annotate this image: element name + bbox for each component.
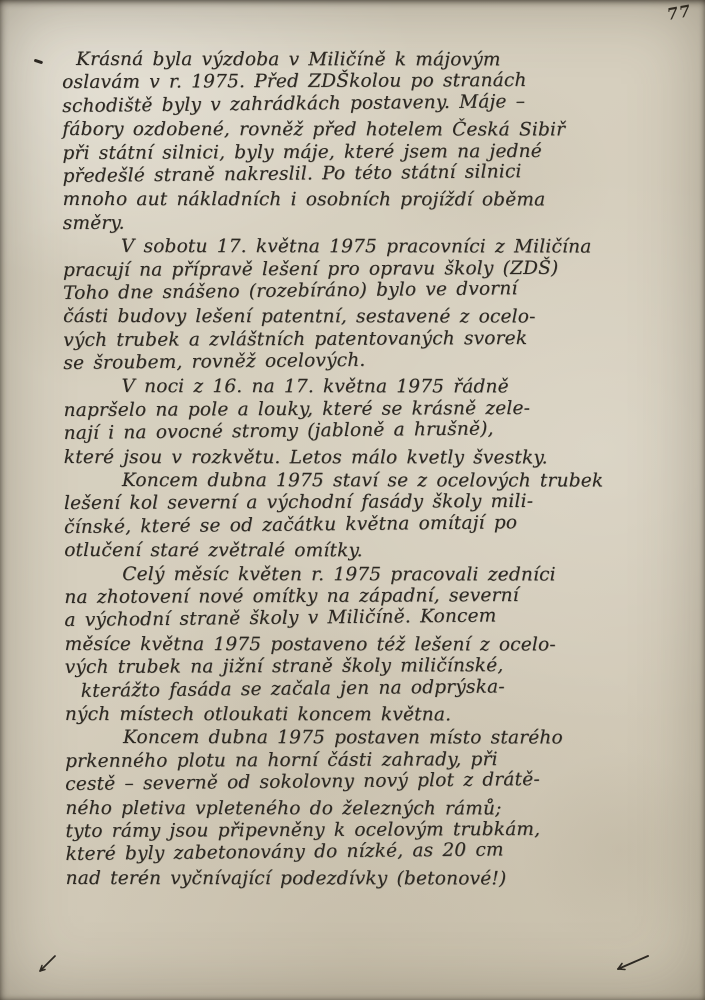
handwritten-line: cestě – severně od sokolovny nový plot z… <box>65 767 665 797</box>
handwritten-line: ného pletiva vpleteného do železných rám… <box>65 796 665 820</box>
paragraph-may-plastering: Celý měsíc květen r. 1975 pracovali zedn… <box>64 560 665 726</box>
handwritten-line: části budovy lešení patentní, sestavené … <box>63 305 663 329</box>
handwritten-line: Toho dne snášeno (rozebíráno) bylo ve dv… <box>63 276 663 306</box>
paragraph-may-decoration: Krásná byla výzdoba v Miličíně k májovým… <box>62 45 663 235</box>
ink-arrow-bottom-left-icon <box>32 952 60 978</box>
handwritten-line: Celý měsíc květen r. 1975 pracovali zedn… <box>64 563 664 587</box>
handwritten-line: měsíce května 1975 postaveno též lešení … <box>65 633 665 657</box>
paragraph-scaffolding-prep: V sobotu 17. května 1975 pracovníci z Mi… <box>63 233 664 376</box>
handwritten-line: Krásná byla výzdoba v Miličíně k májovým <box>62 48 662 72</box>
handwritten-line: Koncem dubna 1975 postaven místo starého <box>65 726 665 750</box>
handwritten-line: směry. <box>63 209 663 235</box>
ink-speck <box>34 59 43 64</box>
handwritten-line: V noci z 16. na 17. května 1975 řádně <box>63 375 663 399</box>
handwritten-line: předešlé straně nakreslil. Po této státn… <box>62 159 662 189</box>
handwritten-line: otlučení staré zvětralé omítky. <box>64 539 664 563</box>
handwritten-line: které jsou v rozkvětu. Letos málo kvetly… <box>64 446 664 470</box>
ink-arrow-bottom-right-icon <box>608 950 652 974</box>
handwritten-text-block: Krásná byla výzdoba v Miličíně k májovým… <box>62 45 666 890</box>
paragraph-april-scaffolding: Koncem dubna 1975 staví se z ocelových t… <box>64 466 664 562</box>
handwritten-line: se šroubem, rovněž ocelových. <box>63 346 663 376</box>
handwritten-line: nají i na ovocné stromy (jabloně a hrušn… <box>64 416 664 446</box>
paragraph-new-fence: Koncem dubna 1975 postaven místo starého… <box>65 724 666 890</box>
handwritten-line: nad terén vyčnívající podezdívky (betono… <box>66 867 666 891</box>
handwritten-line: fábory ozdobené, rovněž před hotelem Čes… <box>62 118 662 142</box>
handwritten-line: které byly zabetonovány do nízké, as 20 … <box>65 837 665 867</box>
handwritten-line: Koncem dubna 1975 staví se z ocelových t… <box>64 469 664 493</box>
handwritten-line: V sobotu 17. května 1975 pracovníci z Mi… <box>63 235 663 259</box>
paragraph-night-rain: V noci z 16. na 17. května 1975 řádně na… <box>63 373 663 469</box>
handwritten-line: mnoho aut nákladních i osobních projíždí… <box>63 188 663 212</box>
handwritten-line: ných místech otloukati koncem května. <box>65 703 665 727</box>
page-number: 77 <box>665 1 692 24</box>
handwritten-line: a východní straně školy v Miličíně. Konc… <box>64 603 664 633</box>
chronicle-page: 77 Krásná byla výzdoba v Miličíně k májo… <box>0 0 705 1000</box>
